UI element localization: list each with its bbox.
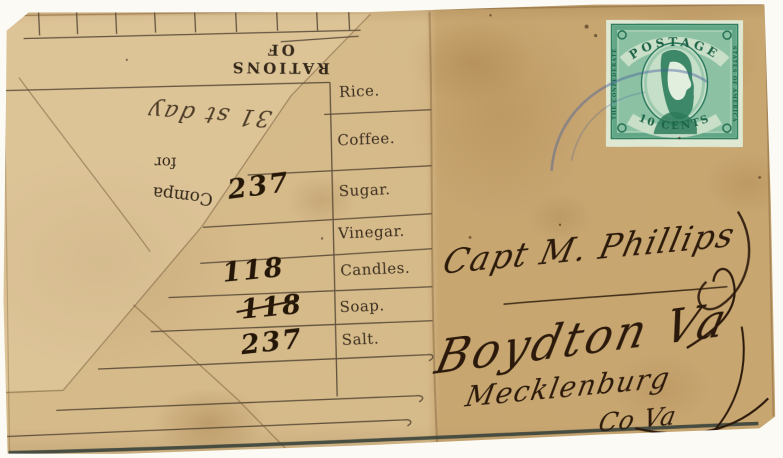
address-line-4: Co Va	[596, 401, 679, 438]
address-block: Capt M. Phillips Boydton Va Mecklenburg …	[428, 215, 741, 440]
ink-specks	[125, 12, 761, 243]
ink-overlay: Capt M. Phillips Boydton Va Mecklenburg …	[0, 0, 783, 458]
address-line-1: Capt M. Phillips	[440, 215, 740, 282]
envelope: RATIONS OF for Compa 31 st day Rice. Cof…	[0, 0, 783, 458]
strike-through-soap-value	[236, 301, 295, 312]
cancel-mark	[551, 70, 708, 171]
photo-of-cover: RATIONS OF for Compa 31 st day Rice. Cof…	[0, 0, 783, 458]
